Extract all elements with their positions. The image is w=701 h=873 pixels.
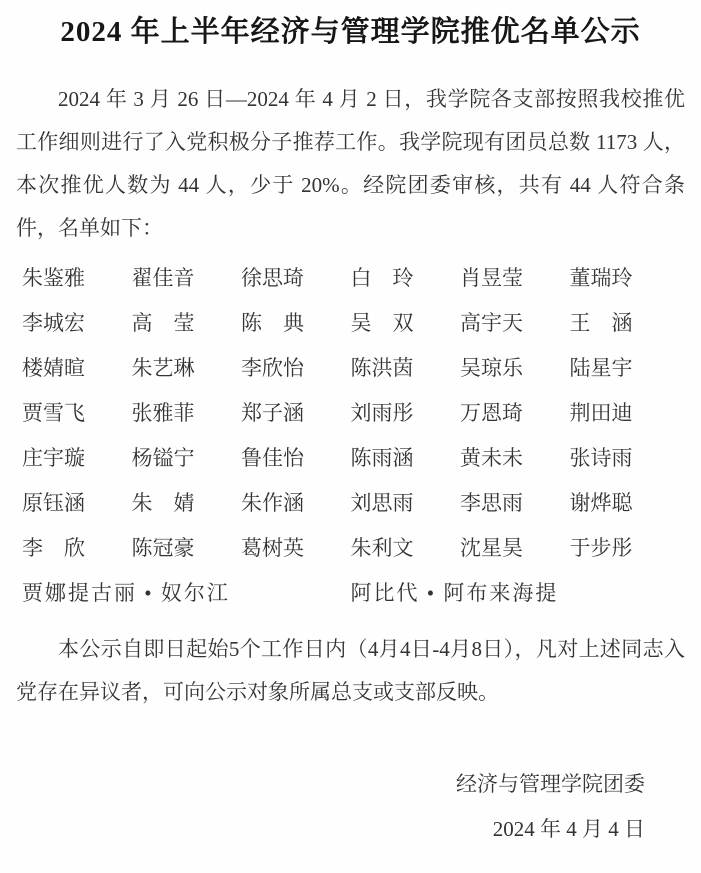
name-cell: 荆田迪 [570, 391, 680, 436]
name-cell: 张诗雨 [570, 436, 680, 481]
name-cell: 董瑞玲 [570, 256, 680, 301]
name-cell: 徐思琦 [241, 256, 351, 301]
name-cell: 高宇天 [460, 301, 570, 346]
name-cell: 黄未未 [460, 436, 570, 481]
signature-date: 2024 年 4 月 4 日 [16, 807, 645, 852]
name-cell: 朱鉴雅 [22, 256, 132, 301]
signature-org: 经济与管理学院团委 [16, 762, 645, 807]
name-cell: 谢烨聪 [570, 481, 680, 526]
name-cell: 陈冠豪 [132, 526, 242, 571]
name-cell: 万恩琦 [460, 391, 570, 436]
name-cell: 葛树英 [241, 526, 351, 571]
name-cell: 李 欣 [22, 526, 132, 571]
names-grid: 朱鉴雅翟佳音徐思琦白 玲肖昱莹董瑞玲李城宏高 莹陈 典吴 双高宇天王 涵楼婧暄朱… [16, 256, 685, 616]
name-cell: 朱利文 [351, 526, 461, 571]
long-name-cell: 阿比代 • 阿布来海提 [351, 571, 680, 616]
name-cell: 张雅菲 [132, 391, 242, 436]
name-cell: 庄宇璇 [22, 436, 132, 481]
name-cell: 李思雨 [460, 481, 570, 526]
closing-paragraph: 本公示自即日起始5个工作日内（4月4日-4月8日），凡对上述同志入党存在异议者，… [16, 628, 685, 714]
name-cell: 陈洪茵 [351, 346, 461, 391]
name-cell: 吴 双 [351, 301, 461, 346]
name-cell: 陈 典 [241, 301, 351, 346]
name-cell: 陆星宇 [570, 346, 680, 391]
name-cell: 李城宏 [22, 301, 132, 346]
name-cell: 贾雪飞 [22, 391, 132, 436]
name-cell: 于步彤 [570, 526, 680, 571]
name-cell: 陈雨涵 [351, 436, 461, 481]
name-cell: 沈星昊 [460, 526, 570, 571]
name-cell: 朱 婧 [132, 481, 242, 526]
name-cell: 高 莹 [132, 301, 242, 346]
page-title: 2024 年上半年经济与管理学院推优名单公示 [16, 12, 685, 52]
name-cell: 王 涵 [570, 301, 680, 346]
name-cell: 白 玲 [351, 256, 461, 301]
long-name-cell: 贾娜提古丽 • 奴尔江 [22, 571, 351, 616]
name-cell: 刘雨彤 [351, 391, 461, 436]
name-cell: 楼婧暄 [22, 346, 132, 391]
name-cell: 翟佳音 [132, 256, 242, 301]
name-cell: 鲁佳怡 [241, 436, 351, 481]
name-cell: 李欣怡 [241, 346, 351, 391]
name-cell: 杨镒宁 [132, 436, 242, 481]
intro-paragraph: 2024 年 3 月 26 日—2024 年 4 月 2 日，我学院各支部按照我… [16, 78, 685, 250]
name-cell: 肖昱莹 [460, 256, 570, 301]
name-cell: 朱作涵 [241, 481, 351, 526]
name-cell: 吴琼乐 [460, 346, 570, 391]
name-cell: 郑子涵 [241, 391, 351, 436]
name-cell: 朱艺琳 [132, 346, 242, 391]
announcement-document: 2024 年上半年经济与管理学院推优名单公示 2024 年 3 月 26 日—2… [0, 0, 701, 873]
name-cell: 刘思雨 [351, 481, 461, 526]
name-cell: 原钰涵 [22, 481, 132, 526]
signature-block: 经济与管理学院团委 2024 年 4 月 4 日 [16, 762, 685, 852]
